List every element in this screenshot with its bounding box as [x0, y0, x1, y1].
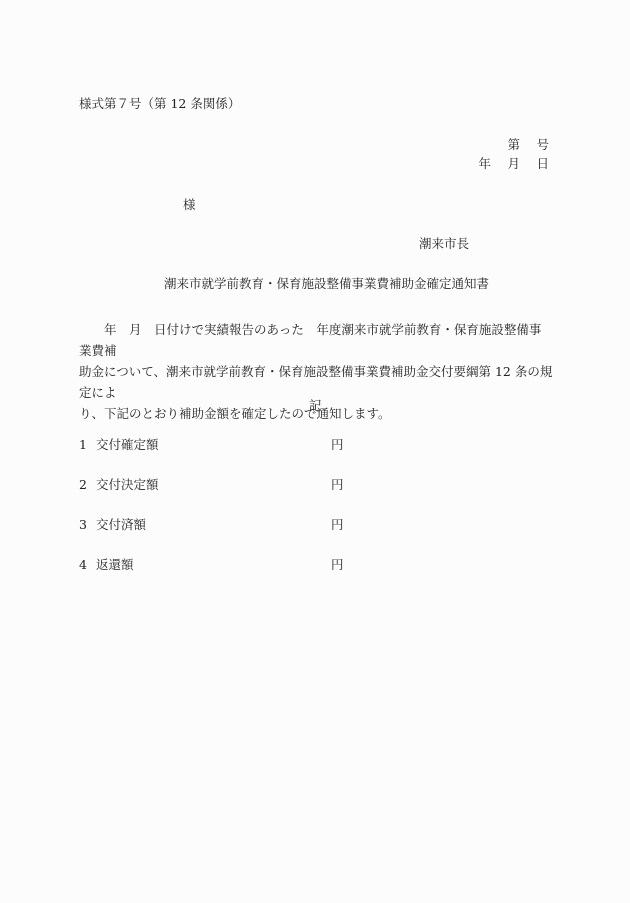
- addressee-honorific: 様: [183, 199, 196, 212]
- item-label: 返還額: [96, 559, 134, 572]
- body-line: 年 月 日付けで実績報告のあった 年度潮来市就学前教育・保育施設整備事業費補: [79, 319, 553, 361]
- issuer-name: 潮来市長: [419, 238, 469, 251]
- document-number: 第 号: [507, 139, 551, 152]
- item-unit: 円: [331, 439, 344, 452]
- amount-item: 4 返還額 円: [79, 559, 349, 573]
- body-line: 助金について、潮来市就学前教育・保育施設整備事業費補助金交付要綱第 12 条の規…: [79, 361, 553, 403]
- document-date: 年 月 日: [478, 158, 551, 171]
- ki-heading: 記: [309, 400, 322, 413]
- item-number: 1: [79, 439, 87, 452]
- document-title: 潮来市就学前教育・保育施設整備事業費補助金確定通知書: [164, 278, 489, 291]
- item-label: 交付済額: [96, 519, 146, 532]
- item-number: 3: [79, 519, 87, 532]
- form-number: 様式第７号（第 12 条関係）: [79, 98, 240, 111]
- item-unit: 円: [331, 559, 344, 572]
- amount-item: 3 交付済額 円: [79, 519, 349, 533]
- amount-item: 1 交付確定額 円: [79, 439, 349, 453]
- item-unit: 円: [331, 479, 344, 492]
- item-number: 4: [79, 559, 87, 572]
- item-number: 2: [79, 479, 87, 492]
- item-label: 交付確定額: [96, 439, 159, 452]
- amount-item: 2 交付決定額 円: [79, 479, 349, 493]
- item-label: 交付決定額: [96, 479, 159, 492]
- item-unit: 円: [331, 519, 344, 532]
